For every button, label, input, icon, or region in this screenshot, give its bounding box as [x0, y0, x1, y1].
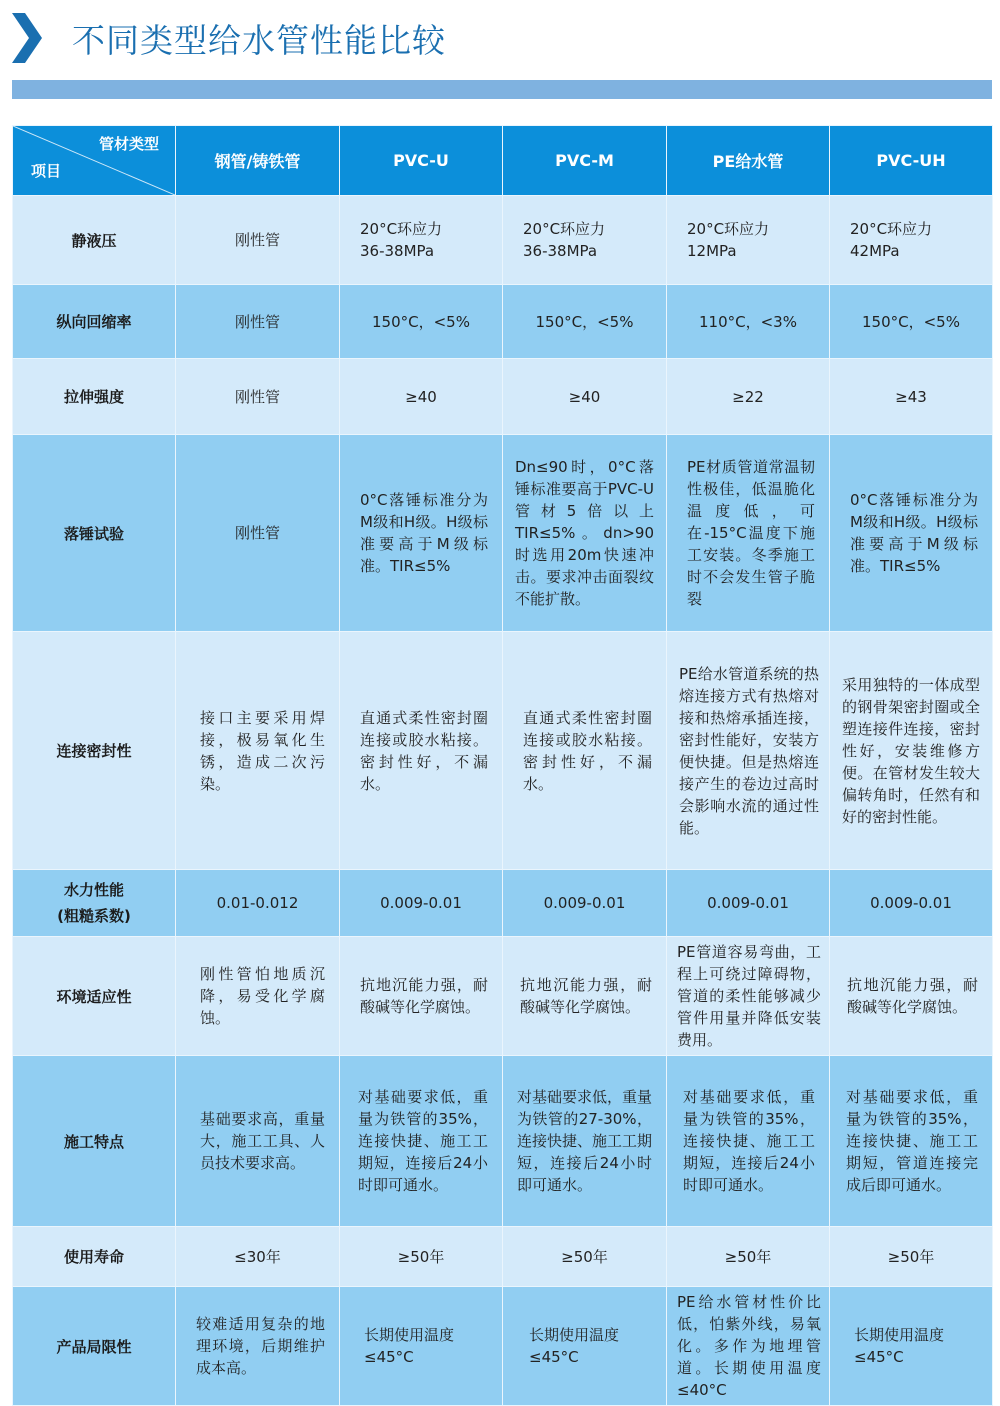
table-cell: 直通式柔性密封圈连接或胶水粘接。密封性好，不漏水。 [503, 632, 667, 870]
table-cell: ≥50年 [667, 1227, 830, 1287]
table-cell: 150°C，<5% [830, 285, 993, 359]
table-cell: PE管道容易弯曲，工程上可绕过障碍物，管道的柔性能够减少管件用量并降低安装费用。 [667, 937, 830, 1056]
table-cell: ≥22 [667, 359, 830, 435]
table-cell: 刚性管 [176, 196, 340, 285]
table-cell: 长期使用温度 ≤45°C [830, 1287, 993, 1406]
decorative-stripe [12, 80, 992, 99]
row-label: 纵向回缩率 [13, 285, 176, 359]
table-cell: 150°C，<5% [340, 285, 503, 359]
table-cell: 长期使用温度 ≤45°C [503, 1287, 667, 1406]
column-header-pvc-m: PVC-M [503, 126, 667, 196]
column-header-steel: 钢管/铸铁管 [176, 126, 340, 196]
table-cell: 0.009-0.01 [340, 870, 503, 937]
row-label: 环境适应性 [13, 937, 176, 1056]
row-label: 施工特点 [13, 1056, 176, 1227]
table-cell: 对基础要求低，重量为铁管的35%，连接快捷、施工工期短，连接后24小时即可通水。 [340, 1056, 503, 1227]
table-cell: ≥43 [830, 359, 993, 435]
table-cell: 0.009-0.01 [830, 870, 993, 937]
table-cell: 0.009-0.01 [503, 870, 667, 937]
page-header: 不同类型给水管性能比较 [12, 10, 446, 66]
table-cell: 0°C落锤标准分为M级和H级。H级标准要高于M级标准。TIR≤5% [340, 435, 503, 632]
row-label: 静液压 [13, 196, 176, 285]
table-row: 水力性能 (粗糙系数) 0.01-0.012 0.009-0.01 0.009-… [13, 870, 993, 937]
corner-bottom-label: 项目 [31, 160, 61, 181]
row-label: 落锤试验 [13, 435, 176, 632]
table-cell: 直通式柔性密封圈连接或胶水粘接。密封性好，不漏水。 [340, 632, 503, 870]
table-cell: 抗地沉能力强，耐酸碱等化学腐蚀。 [340, 937, 503, 1056]
table-row: 纵向回缩率 刚性管 150°C，<5% 150°C，<5% 110°C，<3% … [13, 285, 993, 359]
row-label: 连接密封性 [13, 632, 176, 870]
table-cell: 对基础要求低，重量为铁管的27-30%，连接快捷、施工工期短，连接后24小时即可… [503, 1056, 667, 1227]
table-cell: 对基础要求低，重量为铁管的35%，连接快捷、施工工期短，连接后24小时即可通水。 [667, 1056, 830, 1227]
table-cell: ≥40 [340, 359, 503, 435]
column-header-pvc-u: PVC-U [340, 126, 503, 196]
table-cell: 20°C环应力 36-38MPa [340, 196, 503, 285]
chevron-right-icon [12, 13, 42, 63]
table-cell: 110°C，<3% [667, 285, 830, 359]
table-cell: ≥50年 [340, 1227, 503, 1287]
table-row: 产品局限性 较难适用复杂的地理环境，后期维护成本高。 长期使用温度 ≤45°C … [13, 1287, 993, 1406]
table-cell: ≥50年 [503, 1227, 667, 1287]
table-cell: 0.01-0.012 [176, 870, 340, 937]
column-header-pvc-uh: PVC-UH [830, 126, 993, 196]
table-cell: 20°C环应力 42MPa [830, 196, 993, 285]
table-header-row: 管材类型 项目 钢管/铸铁管 PVC-U PVC-M PE给水管 PVC-UH [13, 126, 993, 196]
table-cell: 刚性管 [176, 359, 340, 435]
table-cell: 150°C，<5% [503, 285, 667, 359]
table-cell: ≤30年 [176, 1227, 340, 1287]
table-cell: PE给水管材性价比低，怕紫外线，易氧化。多作为地埋管道。长期使用温度≤40°C [667, 1287, 830, 1406]
page-title: 不同类型给水管性能比较 [72, 15, 446, 62]
table-row: 环境适应性 刚性管怕地质沉降，易受化学腐蚀。 抗地沉能力强，耐酸碱等化学腐蚀。 … [13, 937, 993, 1056]
corner-top-label: 管材类型 [99, 133, 159, 154]
row-label: 水力性能 (粗糙系数) [13, 870, 176, 937]
table-row: 施工特点 基础要求高，重量大，施工工具、人员技术要求高。 对基础要求低，重量为铁… [13, 1056, 993, 1227]
table-cell: 接口主要采用焊接，极易氧化生锈，造成二次污染。 [176, 632, 340, 870]
table-cell: 抗地沉能力强，耐酸碱等化学腐蚀。 [830, 937, 993, 1056]
table-cell: 抗地沉能力强，耐酸碱等化学腐蚀。 [503, 937, 667, 1056]
table-row: 落锤试验 刚性管 0°C落锤标准分为M级和H级。H级标准要高于M级标准。TIR≤… [13, 435, 993, 632]
table-cell: ≥50年 [830, 1227, 993, 1287]
table-row: 拉伸强度 刚性管 ≥40 ≥40 ≥22 ≥43 [13, 359, 993, 435]
row-label: 拉伸强度 [13, 359, 176, 435]
table-cell: ≥40 [503, 359, 667, 435]
corner-header: 管材类型 项目 [13, 126, 176, 196]
table-cell: PE给水管道系统的热熔连接方式有热熔对接和热熔承插连接，密封性能好，安装方便快捷… [667, 632, 830, 870]
table-cell: 长期使用温度 ≤45°C [340, 1287, 503, 1406]
row-label: 产品局限性 [13, 1287, 176, 1406]
table-cell: 刚性管 [176, 285, 340, 359]
table-row: 使用寿命 ≤30年 ≥50年 ≥50年 ≥50年 ≥50年 [13, 1227, 993, 1287]
table-cell: 较难适用复杂的地理环境，后期维护成本高。 [176, 1287, 340, 1406]
table-cell: 刚性管怕地质沉降，易受化学腐蚀。 [176, 937, 340, 1056]
table-row: 静液压 刚性管 20°C环应力 36-38MPa 20°C环应力 36-38MP… [13, 196, 993, 285]
column-header-pe: PE给水管 [667, 126, 830, 196]
table-cell: 采用独特的一体成型的钢骨架密封圈或全塑连接件连接，密封性好，安装维修方便。在管材… [830, 632, 993, 870]
table-cell: 0.009-0.01 [667, 870, 830, 937]
table-cell: 0°C落锤标准分为M级和H级。H级标准要高于M级标准。TIR≤5% [830, 435, 993, 632]
row-label: 使用寿命 [13, 1227, 176, 1287]
table-row: 连接密封性 接口主要采用焊接，极易氧化生锈，造成二次污染。 直通式柔性密封圈连接… [13, 632, 993, 870]
table-cell: 20°C环应力 12MPa [667, 196, 830, 285]
table-cell: 刚性管 [176, 435, 340, 632]
table-cell: PE材质管道常温韧性极佳，低温脆化温度低，可在-15°C温度下施工安装。冬季施工… [667, 435, 830, 632]
comparison-table: 管材类型 项目 钢管/铸铁管 PVC-U PVC-M PE给水管 PVC-UH … [12, 125, 993, 1406]
table-cell: 对基础要求低，重量为铁管的35%，连接快捷、施工工期短，管道连接完成后即可通水。 [830, 1056, 993, 1227]
table-cell: Dn≤90时，0°C落锤标准要高于PVC-U管材5倍以上TIR≤5%。dn>90… [503, 435, 667, 632]
table-cell: 20°C环应力 36-38MPa [503, 196, 667, 285]
table-cell: 基础要求高，重量大，施工工具、人员技术要求高。 [176, 1056, 340, 1227]
